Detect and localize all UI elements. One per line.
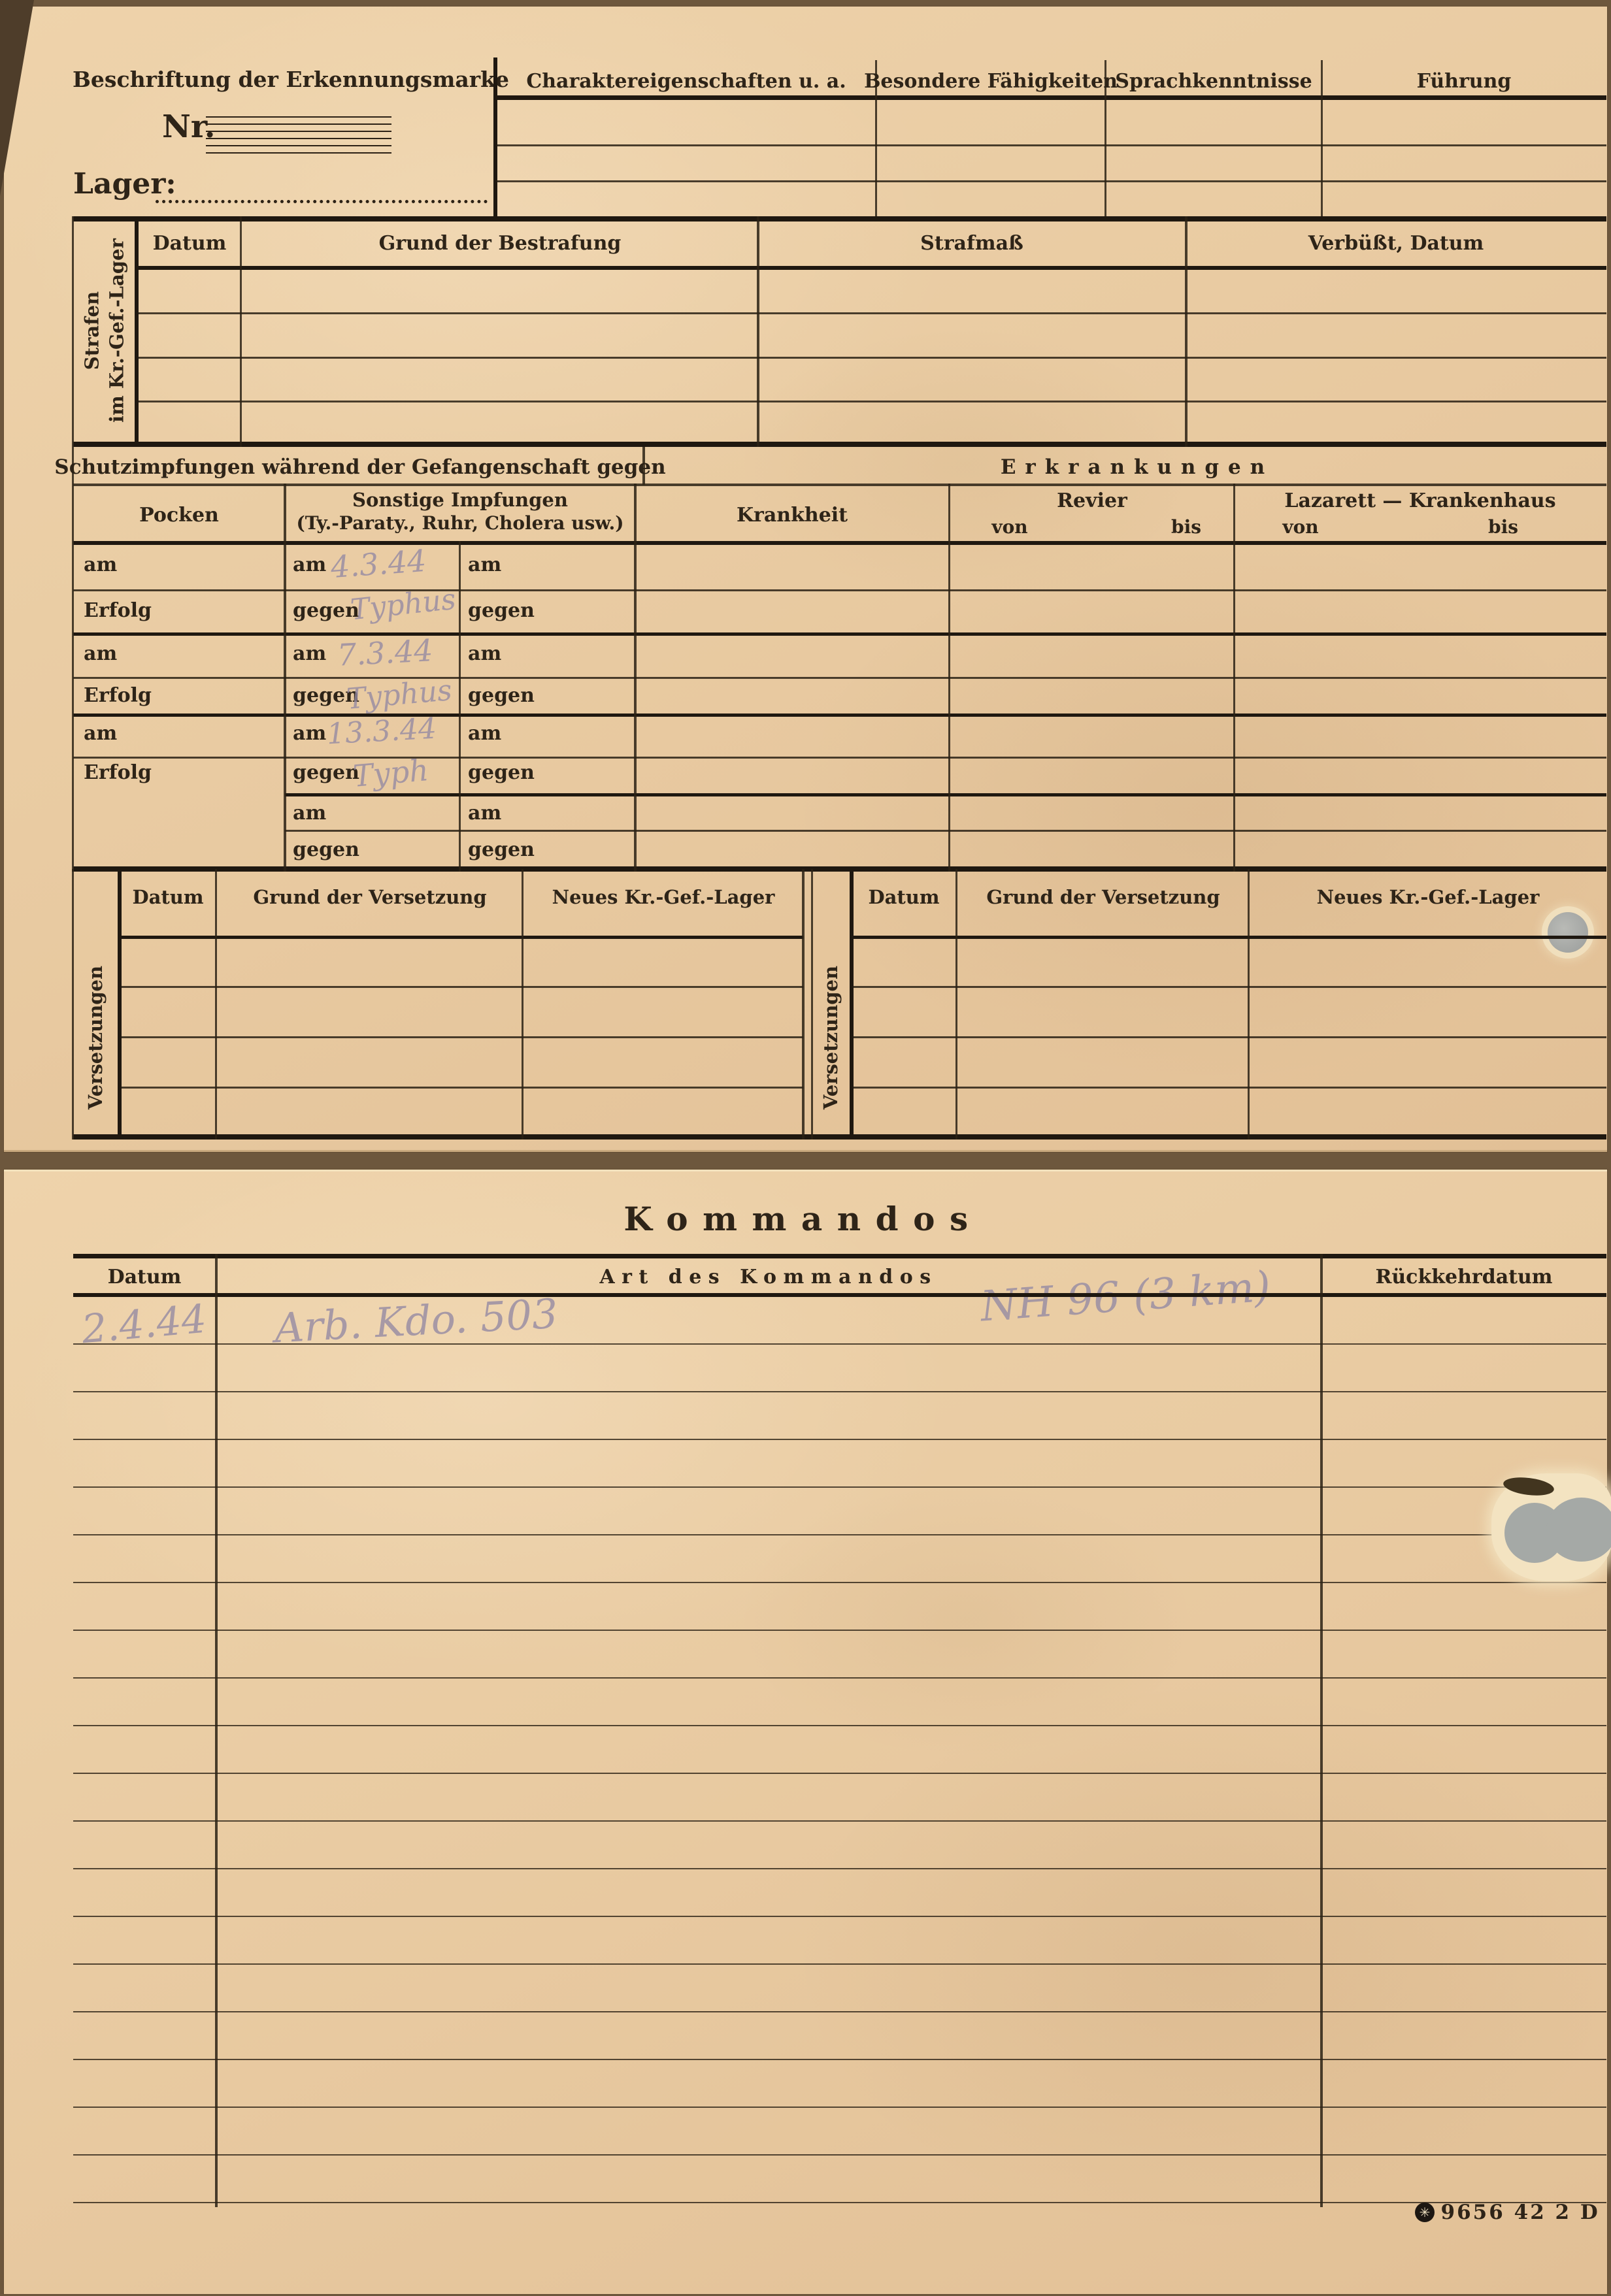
handwriting-impfung-date-2: 7.3.44 (337, 632, 434, 673)
rule-line (851, 936, 1606, 939)
rule-line (119, 1087, 803, 1089)
rule-line (137, 312, 1606, 314)
kommandos-col-art: Art des Kommandos (599, 1266, 937, 1288)
pow-record-card-scan: Beschriftung der Erkennungsmarke Nr. Lag… (0, 0, 1611, 2296)
rule-line (72, 447, 74, 872)
print-code-block: ✳ 9656 42 2 D (1415, 2201, 1600, 2223)
krankheit-label: Krankheit (737, 504, 848, 526)
impfung-gegen-3: gegen (293, 762, 359, 783)
rule-line (1104, 60, 1106, 221)
rule-line (493, 57, 497, 221)
lazarett-von-label: von (1282, 517, 1318, 538)
impfung-am-3b: am (468, 723, 501, 744)
rule-line (495, 95, 1606, 100)
rule-line (73, 1293, 1606, 1297)
rule-line (240, 216, 242, 447)
kommandos-col-datum: Datum (108, 1266, 182, 1288)
rule-line (119, 936, 803, 939)
col-charaktereigenschaften: Charaktereigenschaften u. a. (526, 71, 846, 92)
rule-line (851, 1036, 1606, 1038)
sonstige-impfungen-sublabel: (Ty.-Paraty., Ruhr, Cholera usw.) (296, 514, 623, 534)
rule-line (851, 1087, 1606, 1089)
impfung-am-2: am (293, 643, 326, 664)
revier-label: Revier (1057, 490, 1127, 512)
rule-line (73, 757, 1606, 759)
impfung-am-1: am (293, 554, 326, 576)
nr-ruled-lines (206, 116, 391, 154)
revier-bis-label: bis (1171, 517, 1201, 538)
rule-line (811, 869, 813, 1140)
strafen-col-grund: Grund der Bestrafung (379, 233, 622, 254)
kommandos-col-rueckkehrdatum: Rückkehrdatum (1375, 1266, 1552, 1288)
rule-line (1248, 869, 1250, 1140)
rule-line (73, 1134, 1606, 1140)
rule-line (757, 216, 759, 447)
rule-line (875, 60, 877, 221)
rule-line (1185, 216, 1187, 447)
rule-line (73, 541, 1606, 545)
pocken-am-2: am (84, 643, 117, 664)
strafen-col-datum: Datum (153, 233, 227, 254)
rule-line (459, 541, 461, 872)
rule-line (285, 830, 1606, 832)
rule-line (73, 589, 1606, 591)
versetzungen-right-col-datum: Datum (868, 887, 939, 908)
impfung-gegen-3b: gegen (468, 762, 535, 783)
strafen-side-label: Strafen im Kr.-Gef.-Lager (80, 238, 129, 423)
versetzungen-side-label-left: Versetzungen (84, 966, 107, 1109)
sonstige-impfungen-label: Sonstige Impfungen (352, 490, 568, 511)
impfung-gegen-4: gegen (293, 839, 359, 861)
rule-line (73, 442, 1606, 447)
impfungen-title: Schutzimpfungen während der Gefangenscha… (54, 456, 665, 478)
col-sprachkenntnisse: Sprachkenntnisse (1115, 71, 1312, 92)
rule-line (522, 869, 523, 1140)
versetzungen-left-col-lager: Neues Kr.-Gef.-Lager (552, 887, 775, 908)
col-besondere-faehigkeiten: Besondere Fähigkeiten (864, 71, 1118, 92)
rule-line (118, 869, 122, 1140)
lazarett-label: Lazarett — Krankenhaus (1284, 490, 1555, 512)
rule-line (1233, 484, 1235, 872)
rule-line (802, 869, 805, 1140)
handwriting-impfung-date-3: 13.3.44 (326, 712, 437, 751)
pocken-am-3: am (84, 723, 117, 744)
lager-dotted-line (156, 174, 488, 203)
erkrankungen-title: Erkrankungen (1001, 456, 1274, 478)
impfung-am-2b: am (468, 643, 501, 664)
erkennungsmarke-label: Beschriftung der Erkennungsmarke (73, 68, 509, 91)
impfung-gegen-2b: gegen (468, 685, 535, 706)
col-fuehrung: Führung (1417, 71, 1512, 92)
rule-line (72, 216, 74, 447)
rule-line (215, 869, 217, 1140)
rule-line (495, 144, 1606, 146)
rule-line (73, 484, 1606, 486)
rule-line (72, 869, 74, 1140)
strafen-col-strafmass: Strafmaß (920, 233, 1023, 254)
punched-hole (1548, 912, 1588, 953)
impfung-am-4b: am (468, 802, 501, 824)
rule-line (851, 986, 1606, 988)
pocken-am-1: am (84, 554, 117, 576)
strafen-side-line2: im Kr.-Gef.-Lager (105, 238, 129, 423)
rule-line (642, 447, 645, 485)
impfung-am-3: am (293, 723, 326, 744)
impfung-gegen-4b: gegen (468, 839, 535, 861)
versetzungen-left-col-grund: Grund der Versetzung (253, 887, 486, 908)
rule-line (137, 266, 1606, 270)
pocken-erfolg-3: Erfolg (84, 762, 152, 783)
versetzungen-side-label-right: Versetzungen (820, 966, 842, 1109)
rule-line (634, 484, 637, 872)
rule-line (137, 357, 1606, 359)
rule-line (850, 869, 854, 1140)
torn-hole (1546, 1498, 1611, 1562)
rule-line (137, 401, 1606, 402)
printer-mark-icon: ✳ (1415, 2203, 1435, 2222)
impfung-am-1b: am (468, 554, 501, 576)
handwriting-impfung-date-1: 4.3.44 (329, 543, 427, 585)
rule-line (73, 1254, 1606, 1258)
rule-line (73, 866, 1606, 872)
impfung-am-4: am (293, 802, 326, 824)
pocken-erfolg-1: Erfolg (84, 600, 152, 621)
versetzungen-right-col-grund: Grund der Versetzung (986, 887, 1220, 908)
rule-line (495, 180, 1606, 182)
strafen-col-verbuesst: Verbüßt, Datum (1308, 233, 1484, 254)
rule-line (955, 869, 957, 1140)
rule-line (119, 1036, 803, 1038)
rule-line (948, 484, 950, 872)
rule-line (1320, 1254, 1323, 2207)
impfung-gegen-1b: gegen (468, 600, 535, 621)
rule-line (73, 713, 1606, 717)
kommandos-ruled-rows (73, 1297, 1606, 2206)
strafen-side-line1: Strafen (80, 238, 105, 423)
revier-von-label: von (991, 517, 1027, 538)
rule-line (1321, 60, 1323, 221)
rule-line (215, 1254, 218, 2207)
rule-line (285, 793, 1606, 796)
rule-line (73, 216, 1606, 221)
rule-line (73, 677, 1606, 679)
lazarett-bis-label: bis (1488, 517, 1518, 538)
rule-line (284, 484, 286, 872)
versetzungen-right-col-lager: Neues Kr.-Gef.-Lager (1317, 887, 1540, 908)
versetzungen-left-col-datum: Datum (132, 887, 203, 908)
rule-line (119, 986, 803, 988)
pocken-label: Pocken (139, 504, 219, 526)
kommandos-title: Kommandos (623, 1201, 982, 1237)
pocken-erfolg-2: Erfolg (84, 685, 152, 706)
rule-line (135, 216, 139, 447)
print-code: 9656 42 2 D (1441, 2201, 1600, 2224)
rule-line (73, 632, 1606, 636)
